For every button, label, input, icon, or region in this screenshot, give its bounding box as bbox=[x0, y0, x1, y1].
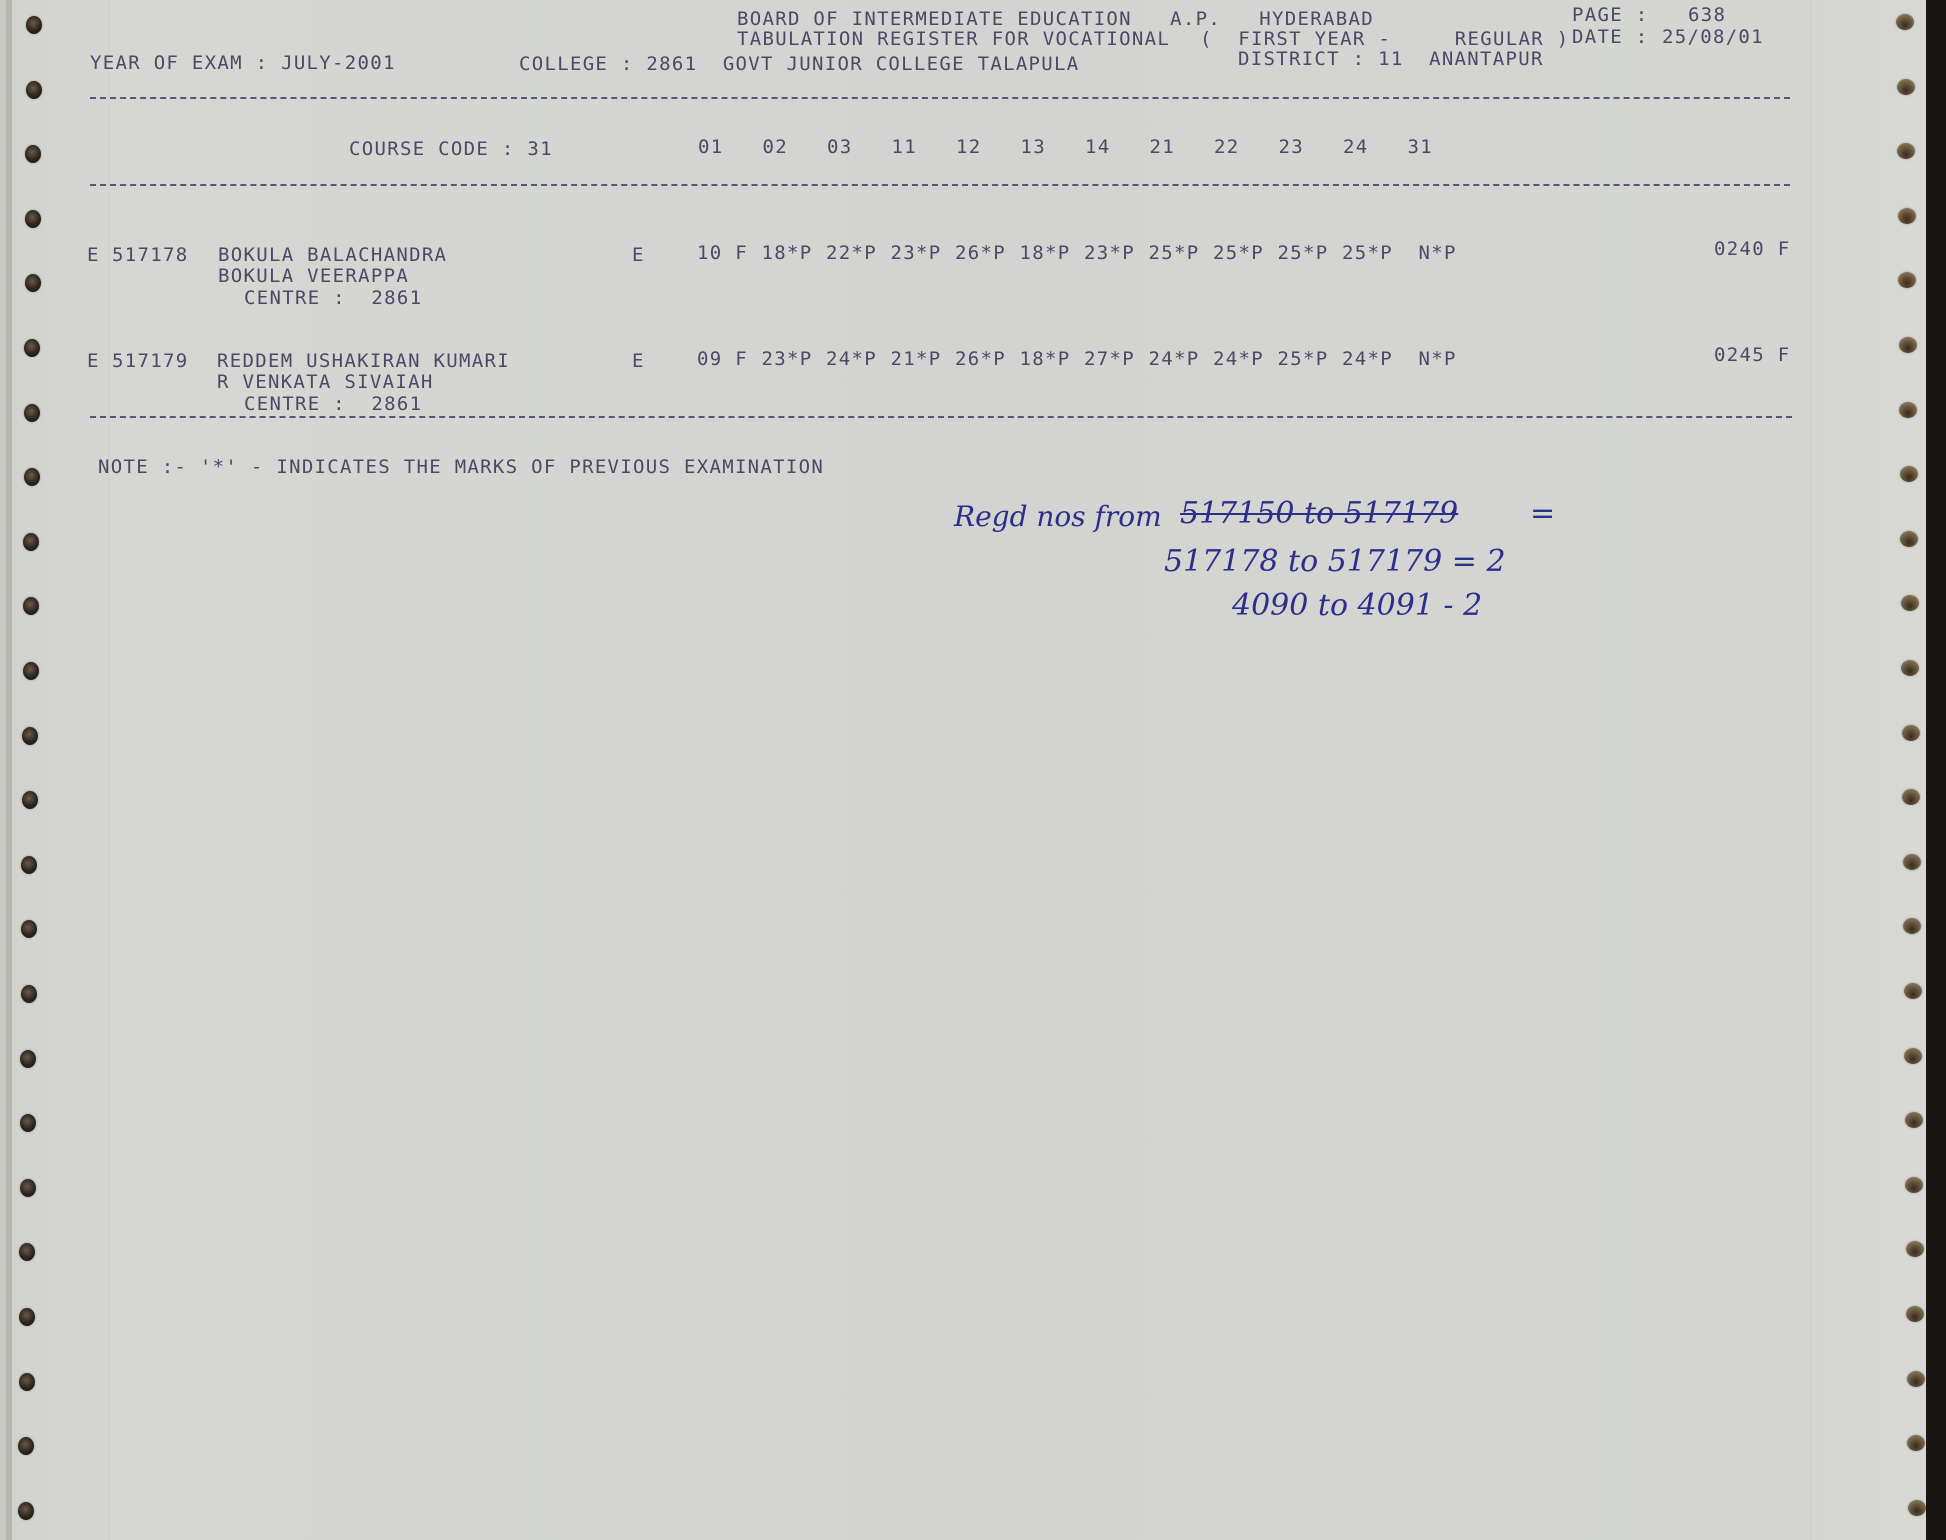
centre: CENTRE : 2861 bbox=[244, 393, 422, 415]
subject-code: 11 bbox=[892, 136, 957, 158]
marks-row: 10 F 18*P 22*P 23*P 26*P 18*P 23*P 25*P … bbox=[697, 242, 1483, 264]
registration-number: 517179 bbox=[112, 350, 188, 372]
register-title: TABULATION REGISTER FOR VOCATIONAL bbox=[737, 28, 1170, 50]
sprocket-hole-icon bbox=[19, 1308, 35, 1326]
handwritten-equals: = bbox=[1530, 496, 1555, 531]
sprocket-hole-icon bbox=[22, 791, 38, 809]
subject-code: 22 bbox=[1214, 136, 1279, 158]
mark: 22*P bbox=[826, 242, 891, 264]
mark: 25*P bbox=[1149, 242, 1214, 264]
mark: 25*P bbox=[1278, 348, 1343, 370]
mark: 23*P bbox=[762, 348, 827, 370]
sprocket-hole-icon bbox=[19, 1373, 35, 1391]
sprocket-hole-icon bbox=[26, 81, 42, 99]
mark: 27*P bbox=[1084, 348, 1149, 370]
print-date: 25/08/01 bbox=[1662, 26, 1764, 48]
district-info: DISTRICT : 11 ANANTAPUR bbox=[1238, 48, 1544, 70]
mark: 24*P bbox=[826, 348, 891, 370]
sprocket-hole-icon bbox=[24, 404, 40, 422]
sprocket-hole-icon bbox=[20, 1179, 36, 1197]
handwritten-range-1: 517178 to 517179 = 2 bbox=[1164, 544, 1506, 579]
subject-code: 31 bbox=[1408, 136, 1473, 158]
subject-code: 03 bbox=[827, 136, 892, 158]
college-info: COLLEGE : 2861 GOVT JUNIOR COLLEGE TALAP… bbox=[519, 53, 1080, 75]
date-label: DATE : bbox=[1572, 26, 1648, 48]
sprocket-hole-icon bbox=[1906, 1241, 1924, 1257]
header-divider bbox=[90, 97, 1790, 99]
sprocket-hole-icon bbox=[1901, 595, 1919, 611]
subject-code: 01 bbox=[698, 136, 763, 158]
subject-code: 23 bbox=[1279, 136, 1344, 158]
board-title: BOARD OF INTERMEDIATE EDUCATION A.P. HYD… bbox=[737, 8, 1374, 30]
father-name: R VENKATA SIVAIAH bbox=[217, 371, 434, 393]
sprocket-hole-icon bbox=[25, 274, 41, 292]
mark: 21*P bbox=[891, 348, 956, 370]
sprocket-hole-icon bbox=[1905, 1177, 1923, 1193]
sprocket-hole-icon bbox=[23, 533, 39, 551]
mark: 23*P bbox=[891, 242, 956, 264]
total-result: 0245 F bbox=[1714, 344, 1790, 366]
course-divider bbox=[90, 184, 1790, 186]
student-name: REDDEM USHAKIRAN KUMARI bbox=[217, 350, 510, 372]
subject-code: 12 bbox=[956, 136, 1021, 158]
mark: 09 F bbox=[697, 348, 762, 370]
subject-code-headers: 01 02 03 11 12 13 14 21 22 23 24 31 bbox=[698, 136, 1472, 158]
sprocket-hole-icon bbox=[22, 727, 38, 745]
sprocket-hole-icon bbox=[1908, 1500, 1926, 1516]
sprocket-hole-icon bbox=[26, 16, 42, 34]
mark: 24*P bbox=[1213, 348, 1278, 370]
handwritten-struck-range: 517150 to 517179 bbox=[1180, 496, 1458, 531]
year-type: ( FIRST YEAR - REGULAR ) bbox=[1200, 28, 1569, 50]
mark: N*P bbox=[1407, 242, 1484, 264]
left-perforation-line bbox=[108, 0, 109, 1540]
sprocket-hole-icon bbox=[1896, 14, 1914, 30]
sprocket-hole-icon bbox=[1906, 1306, 1924, 1322]
sprocket-hole-icon bbox=[20, 1050, 36, 1068]
subject-code: 21 bbox=[1150, 136, 1215, 158]
footnote: NOTE :- '*' - INDICATES THE MARKS OF PRE… bbox=[98, 456, 824, 478]
centre: CENTRE : 2861 bbox=[244, 287, 422, 309]
mark: 10 F bbox=[697, 242, 762, 264]
mark: 18*P bbox=[762, 242, 827, 264]
sprocket-hole-icon bbox=[18, 1502, 34, 1520]
sprocket-hole-icon bbox=[1899, 337, 1917, 353]
student-name: BOKULA BALACHANDRA bbox=[218, 244, 447, 266]
sprocket-hole-icon bbox=[1907, 1371, 1925, 1387]
mark: 25*P bbox=[1213, 242, 1278, 264]
medium: E bbox=[632, 244, 645, 266]
mark: 24*P bbox=[1149, 348, 1214, 370]
total-result: 0240 F bbox=[1714, 238, 1790, 260]
page-label: PAGE : bbox=[1572, 4, 1648, 26]
marks-row: 09 F 23*P 24*P 21*P 26*P 18*P 27*P 24*P … bbox=[697, 348, 1483, 370]
mark: 18*P bbox=[1020, 242, 1085, 264]
sprocket-hole-icon bbox=[1900, 466, 1918, 482]
sprocket-hole-icon bbox=[21, 985, 37, 1003]
sprocket-hole-icon bbox=[1899, 402, 1917, 418]
subject-code: 24 bbox=[1343, 136, 1408, 158]
subject-code: 14 bbox=[1085, 136, 1150, 158]
sprocket-hole-icon bbox=[1903, 854, 1921, 870]
mark: 24*P bbox=[1342, 348, 1407, 370]
mark: 23*P bbox=[1084, 242, 1149, 264]
sprocket-hole-icon bbox=[23, 662, 39, 680]
year-of-exam: YEAR OF EXAM : JULY-2001 bbox=[90, 52, 396, 74]
page-number: 638 bbox=[1688, 4, 1726, 26]
handwritten-range-2: 4090 to 4091 - 2 bbox=[1232, 588, 1482, 623]
printout-paper bbox=[6, 0, 1926, 1540]
sprocket-hole-icon bbox=[1900, 531, 1918, 547]
record-prefix: E bbox=[87, 244, 100, 266]
record-prefix: E bbox=[87, 350, 100, 372]
mark: 18*P bbox=[1020, 348, 1085, 370]
mark: 26*P bbox=[955, 242, 1020, 264]
mark: 25*P bbox=[1278, 242, 1343, 264]
sprocket-hole-icon bbox=[24, 468, 40, 486]
course-code: COURSE CODE : 31 bbox=[349, 138, 553, 160]
sprocket-hole-icon bbox=[1897, 79, 1915, 95]
sprocket-hole-icon bbox=[1902, 725, 1920, 741]
sprocket-hole-icon bbox=[1905, 1112, 1923, 1128]
records-divider bbox=[90, 416, 1792, 418]
sprocket-hole-icon bbox=[1904, 983, 1922, 999]
father-name: BOKULA VEERAPPA bbox=[218, 265, 409, 287]
mark: N*P bbox=[1407, 348, 1484, 370]
right-perforation-line bbox=[1810, 0, 1811, 1540]
background-edge bbox=[1926, 0, 1946, 1540]
sprocket-hole-icon bbox=[1901, 660, 1919, 676]
subject-code: 02 bbox=[763, 136, 828, 158]
mark: 25*P bbox=[1342, 242, 1407, 264]
registration-number: 517178 bbox=[112, 244, 188, 266]
paper-left-edge bbox=[6, 0, 12, 1540]
sprocket-hole-icon bbox=[1898, 208, 1916, 224]
sprocket-hole-icon bbox=[1904, 1048, 1922, 1064]
subject-code: 13 bbox=[1021, 136, 1086, 158]
sprocket-hole-icon bbox=[25, 210, 41, 228]
handwritten-prefix: Regd nos from bbox=[954, 500, 1162, 533]
medium: E bbox=[632, 350, 645, 372]
mark: 26*P bbox=[955, 348, 1020, 370]
